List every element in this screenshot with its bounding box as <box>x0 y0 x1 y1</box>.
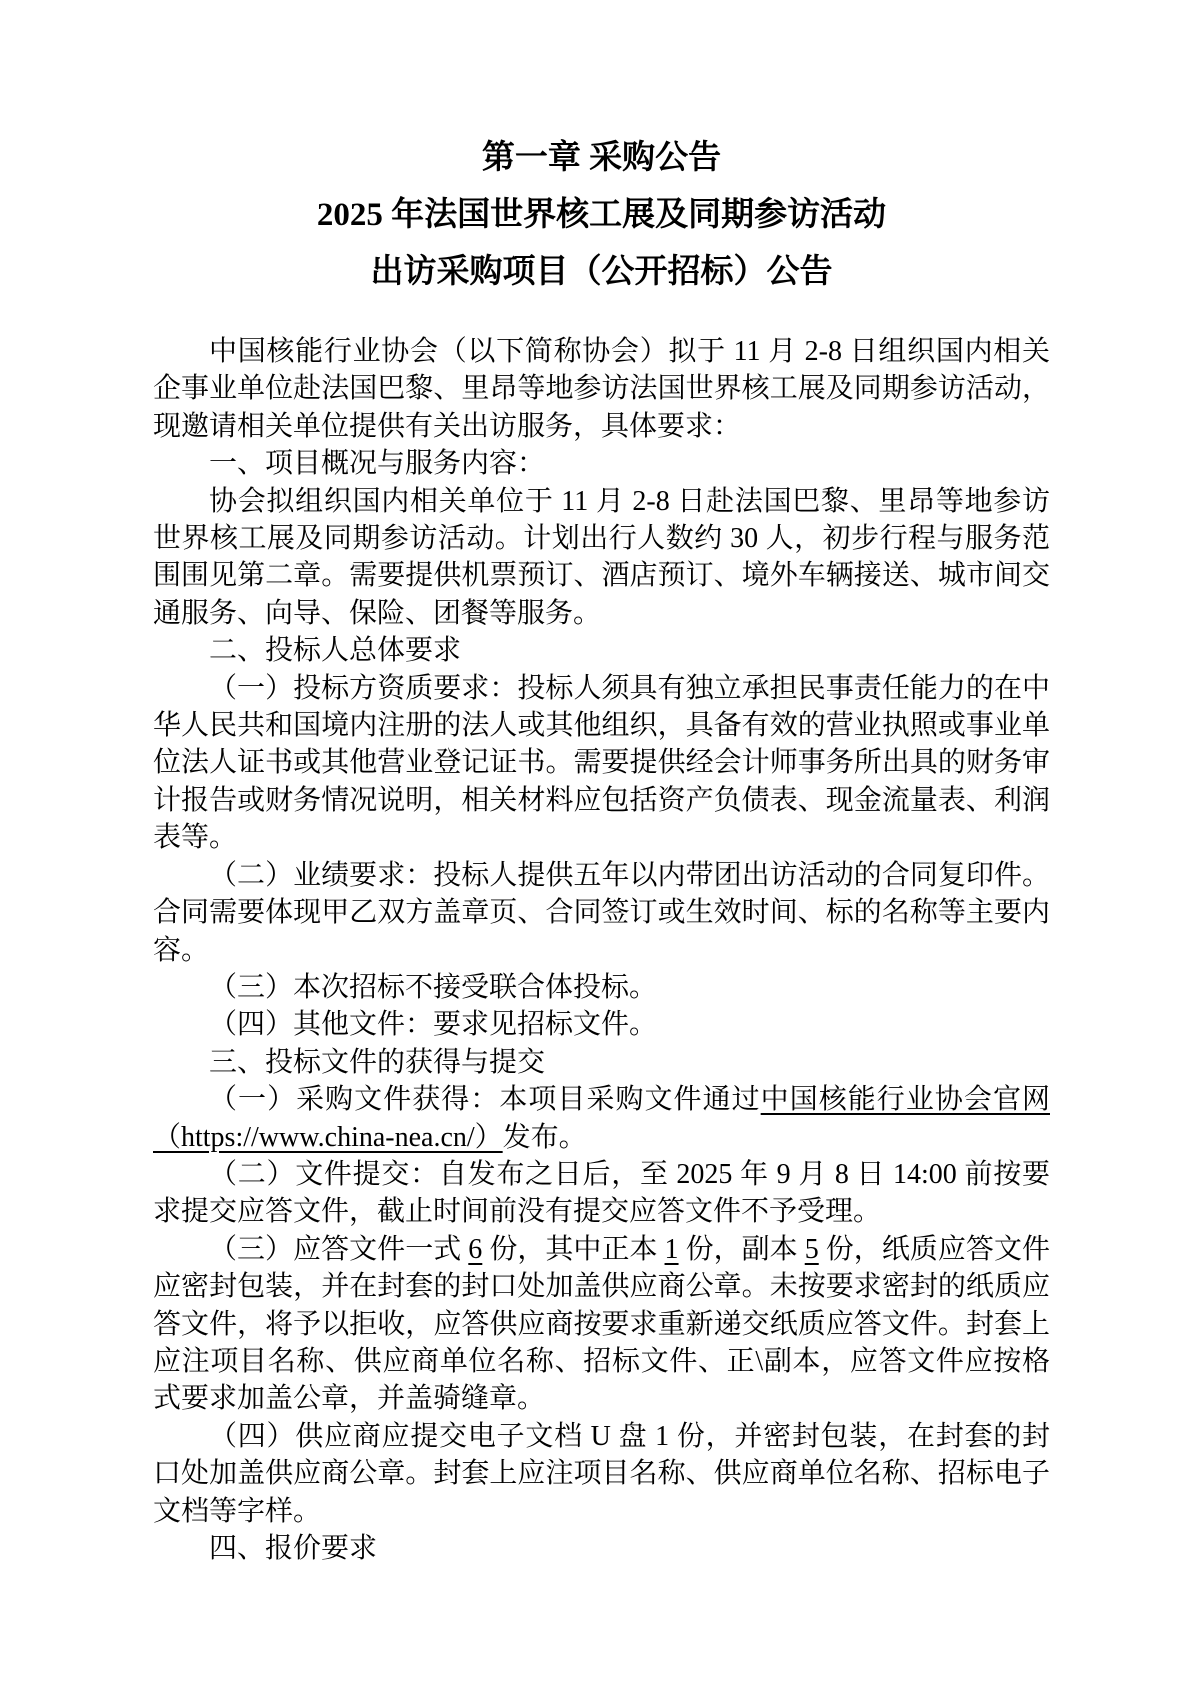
original-copies-count: 1 <box>665 1234 679 1265</box>
section2-item3: （三）本次招标不接受联合体投标。 <box>153 969 1050 1006</box>
section2-item4: （四）其他文件：要求见招标文件。 <box>153 1006 1050 1043</box>
section3-item4: （四）供应商应提交电子文档 U 盘 1 份，并密封包装，在封套的封口处加盖供应商… <box>153 1418 1050 1530</box>
section2-item2: （二）业绩要求：投标人提供五年以内带团出访活动的合同复印件。合同需要体现甲乙双方… <box>153 857 1050 969</box>
text-segment: （一）采购文件获得：本项目采购文件通过 <box>209 1084 761 1115</box>
section3-item3: （三）应答文件一式 6 份，其中正本 1 份，副本 5 份，纸质应答文件应密封包… <box>153 1231 1050 1418</box>
text-segment: 份，副本 <box>679 1234 805 1265</box>
text-segment: 份，其中正本 <box>482 1234 664 1265</box>
text-segment: 发布。 <box>503 1122 587 1153</box>
paragraph-intro: 中国核能行业协会（以下简称协会）拟于 11 月 2-8 日组织国内相关企事业单位… <box>153 333 1050 445</box>
title-project-name: 2025 年法国世界核工展及同期参访活动 <box>153 187 1050 244</box>
section2-heading: 二、投标人总体要求 <box>153 632 1050 669</box>
title-announcement-type: 出访采购项目（公开招标）公告 <box>153 244 1050 301</box>
section3-item2: （二）文件提交：自发布之日后，至 2025 年 9 月 8 日 14:00 前按… <box>153 1156 1050 1231</box>
duplicate-copies-count: 5 <box>805 1234 819 1265</box>
section3-item1: （一）采购文件获得：本项目采购文件通过中国核能行业协会官网（https://ww… <box>153 1081 1050 1156</box>
section2-item1: （一）投标方资质要求：投标人须具有独立承担民事责任能力的在中华人民共和国境内注册… <box>153 670 1050 857</box>
section3-heading: 三、投标文件的获得与提交 <box>153 1044 1050 1081</box>
section1-heading: 一、项目概况与服务内容： <box>153 445 1050 482</box>
section4-heading: 四、报价要求 <box>153 1530 1050 1567</box>
title-chapter: 第一章 采购公告 <box>153 130 1050 187</box>
document-page: 第一章 采购公告 2025 年法国世界核工展及同期参访活动 出访采购项目（公开招… <box>0 0 1200 1697</box>
copies-total-count: 6 <box>468 1234 482 1265</box>
document-title: 第一章 采购公告 2025 年法国世界核工展及同期参访活动 出访采购项目（公开招… <box>153 130 1050 301</box>
text-segment: （三）应答文件一式 <box>209 1234 468 1265</box>
document-body: 中国核能行业协会（以下简称协会）拟于 11 月 2-8 日组织国内相关企事业单位… <box>153 333 1050 1567</box>
section1-paragraph: 协会拟组织国内相关单位于 11 月 2-8 日赴法国巴黎、里昂等地参访世界核工展… <box>153 483 1050 633</box>
